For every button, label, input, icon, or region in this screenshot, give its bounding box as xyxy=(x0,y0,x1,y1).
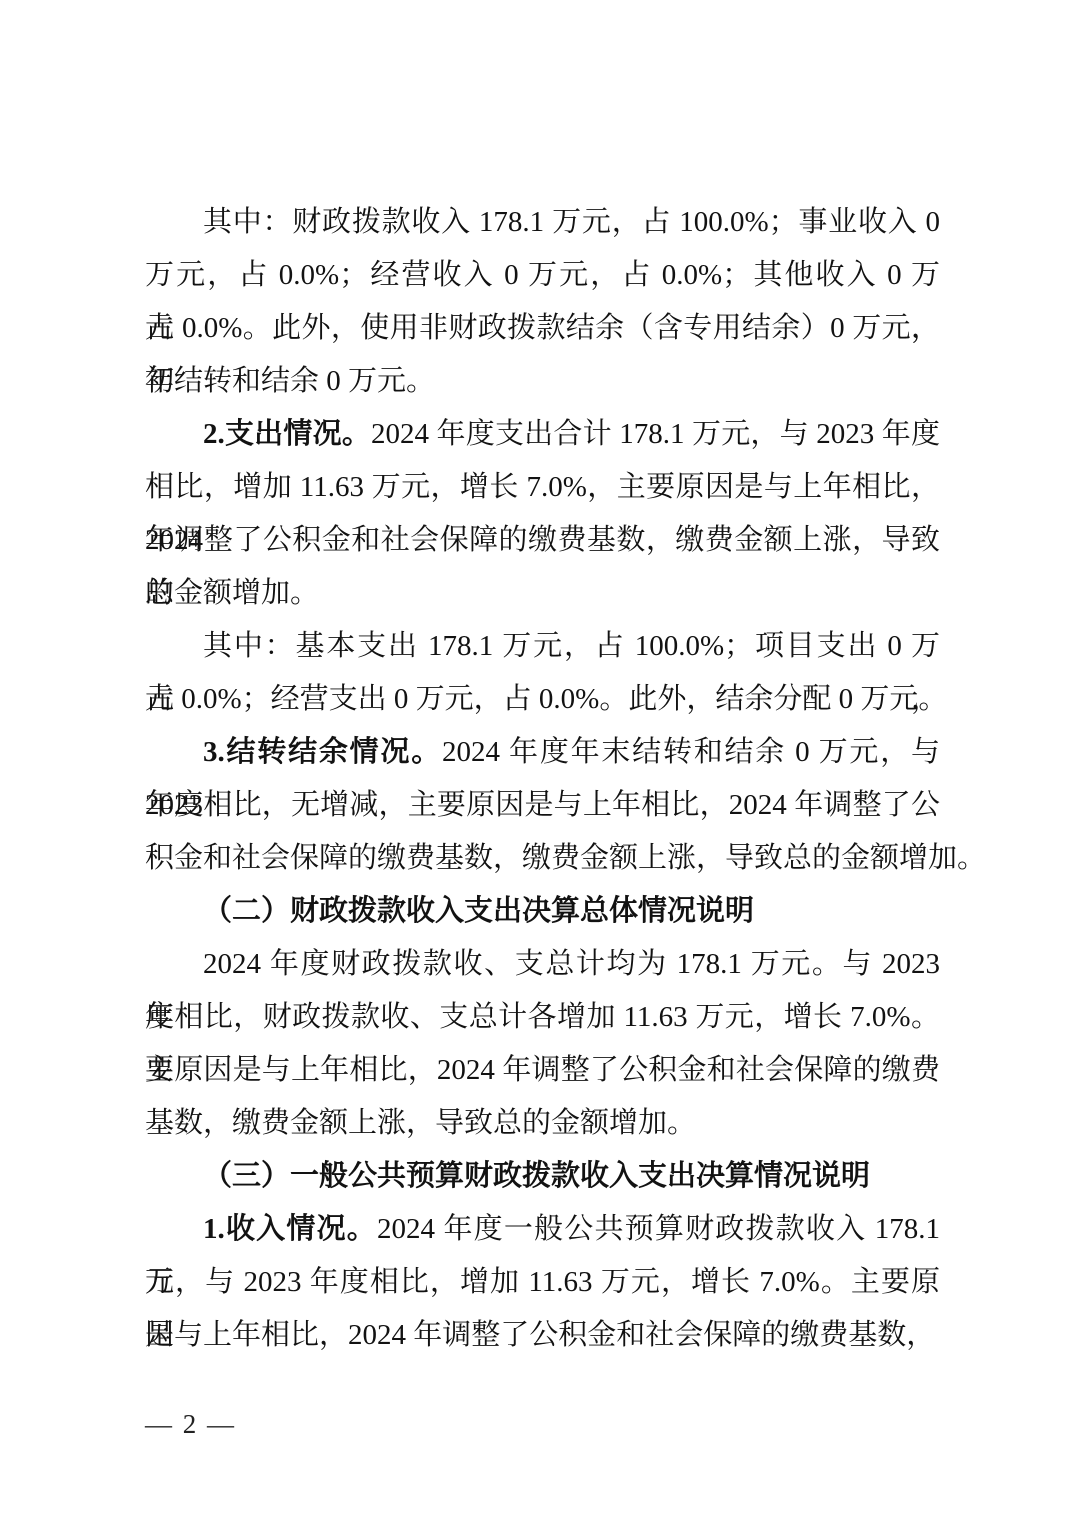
text-line: 元，与 2023 年度相比，增加 11.63 万元，增长 7.0%。主要原因 xyxy=(145,1256,940,1309)
text-line: 1.收入情况。2024 年度一般公共预算财政拨款收入 178.1 万 xyxy=(145,1203,940,1256)
text-line: 3.结转结余情况。2024 年度年末结转和结余 0 万元，与 2023 xyxy=(145,726,940,779)
inline-heading: 1.收入情况。 xyxy=(203,1213,377,1245)
text-line: 占 0.0%。此外，使用非财政拨款结余（含专用结余）0 万元，年 xyxy=(145,302,940,355)
line-text: 初结转和结余 0 万元。 xyxy=(145,365,435,397)
text-line: 年调整了公积金和社会保障的缴费基数，缴费金额上涨，导致总 xyxy=(145,514,940,567)
text-line: 积金和社会保障的缴费基数，缴费金额上涨，导致总的金额增加。 xyxy=(145,832,940,885)
line-text: 的金额增加。 xyxy=(145,577,319,609)
line-text: 占 0.0%；经营支出 0 万元，占 0.0%。此外，结余分配 0 万元。 xyxy=(145,683,947,715)
inline-heading: 2.支出情况。 xyxy=(203,418,371,450)
line-text: （二）财政拨款收入支出决算总体情况说明 xyxy=(203,895,754,927)
line-text: 2024 年度支出合计 178.1 万元，与 2023 年度 xyxy=(371,418,940,450)
text-line: 万元，占 0.0%；经营收入 0 万元，占 0.0%；其他收入 0 万元， xyxy=(145,249,940,302)
text-line: 初结转和结余 0 万元。 xyxy=(145,355,940,408)
section-heading: （三）一般公共预算财政拨款收入支出决算情况说明 xyxy=(145,1150,940,1203)
text-line: 其中：基本支出 178.1 万元，占 100.0%；项目支出 0 万元， xyxy=(145,620,940,673)
text-line: 是与上年相比，2024 年调整了公积金和社会保障的缴费基数， xyxy=(145,1309,940,1362)
line-text: （三）一般公共预算财政拨款收入支出决算情况说明 xyxy=(203,1160,870,1192)
text-line: 相比，增加 11.63 万元，增长 7.0%，主要原因是与上年相比，2024 xyxy=(145,461,940,514)
section-heading: （二）财政拨款收入支出决算总体情况说明 xyxy=(145,885,940,938)
text-line: 的金额增加。 xyxy=(145,567,940,620)
document-page: 其中：财政拨款收入 178.1 万元，占 100.0%；事业收入 0 万元，占 … xyxy=(0,0,1075,1520)
document-body: 其中：财政拨款收入 178.1 万元，占 100.0%；事业收入 0 万元，占 … xyxy=(145,196,940,1362)
text-line: 占 0.0%；经营支出 0 万元，占 0.0%。此外，结余分配 0 万元。 xyxy=(145,673,940,726)
line-text: 积金和社会保障的缴费基数，缴费金额上涨，导致总的金额增加。 xyxy=(145,842,986,874)
text-line: 度相比，财政拨款收、支总计各增加 11.63 万元，增长 7.0%。主 xyxy=(145,991,940,1044)
text-line: 2024 年度财政拨款收、支总计均为 178.1 万元。与 2023 年 xyxy=(145,938,940,991)
line-text: 其中：财政拨款收入 178.1 万元，占 100.0%；事业收入 0 xyxy=(203,206,940,238)
text-line: 年度相比，无增减，主要原因是与上年相比，2024 年调整了公 xyxy=(145,779,940,832)
line-text: 要原因是与上年相比，2024 年调整了公积金和社会保障的缴费 xyxy=(145,1054,940,1086)
page-number: — 2 — xyxy=(145,1398,236,1451)
inline-heading: 3.结转结余情况。 xyxy=(203,736,442,768)
line-text: 年度相比，无增减，主要原因是与上年相比，2024 年调整了公 xyxy=(145,789,940,821)
line-text: 基数，缴费金额上涨，导致总的金额增加。 xyxy=(145,1107,696,1139)
line-text: 是与上年相比，2024 年调整了公积金和社会保障的缴费基数， xyxy=(145,1319,935,1351)
text-line: 要原因是与上年相比，2024 年调整了公积金和社会保障的缴费 xyxy=(145,1044,940,1097)
text-line: 基数，缴费金额上涨，导致总的金额增加。 xyxy=(145,1097,940,1150)
text-line: 2.支出情况。2024 年度支出合计 178.1 万元，与 2023 年度 xyxy=(145,408,940,461)
text-line: 其中：财政拨款收入 178.1 万元，占 100.0%；事业收入 0 xyxy=(145,196,940,249)
